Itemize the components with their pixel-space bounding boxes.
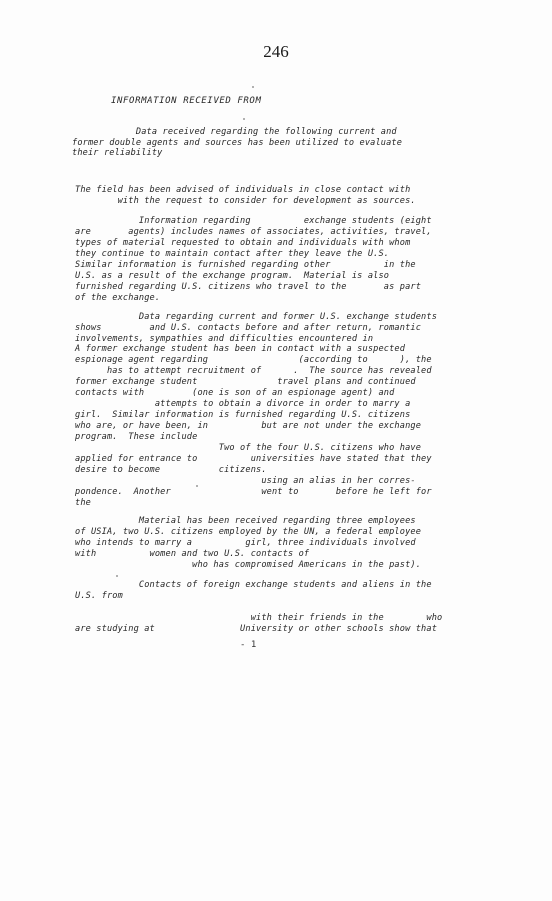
paragraph-4-line-12: program. These include xyxy=(75,432,197,443)
paragraph-3-line-3: types of material requested to obtain an… xyxy=(75,238,410,249)
paragraph-3-line-1: Information regarding exchange students … xyxy=(75,216,432,227)
paragraph-4-line-6: has to attempt recruitment of . The sour… xyxy=(75,366,432,377)
scan-speck xyxy=(196,485,198,487)
paragraph-2-line-1: The field has been advised of individual… xyxy=(75,185,410,196)
paragraph-1-line-3: their reliability xyxy=(72,148,163,159)
paragraph-6-line-5: are studying at University or other scho… xyxy=(75,624,437,635)
paragraph-1-line-1: Data received regarding the following cu… xyxy=(72,127,397,138)
paragraph-4-line-17: pondence. Another went to before he left… xyxy=(75,487,432,498)
paragraph-3-line-7: furnished regarding U.S. citizens who tr… xyxy=(75,282,421,293)
paragraph-5-line-3: who intends to marry a girl, three indiv… xyxy=(75,538,416,549)
paragraph-3-line-4: they continue to maintain contact after … xyxy=(75,249,389,260)
paragraph-5-line-4: with women and two U.S. contacts of xyxy=(75,549,309,560)
paragraph-4-line-1: Data regarding current and former U.S. e… xyxy=(75,312,437,323)
paragraph-4-line-8: contacts with (one is son of an espionag… xyxy=(75,388,394,399)
paragraph-4-line-18: the xyxy=(75,498,91,509)
paragraph-5-line-1: Material has been received regarding thr… xyxy=(75,516,416,527)
page-footer: - 1 xyxy=(240,640,256,650)
paragraph-4-line-16: using an alias in her corres- xyxy=(75,476,416,487)
paragraph-5-line-5: who has compromised Americans in the pas… xyxy=(75,560,421,571)
paragraph-4-line-13: Two of the four U.S. citizens who have xyxy=(75,443,421,454)
paragraph-4-line-14: applied for entrance to universities hav… xyxy=(75,454,432,465)
paragraph-4-line-15: desire to become citizens. xyxy=(75,465,267,476)
paragraph-3-line-8: of the exchange. xyxy=(75,293,160,304)
paragraph-2-line-2: with the request to consider for develop… xyxy=(75,196,416,207)
paragraph-4-line-9: attempts to obtain a divorce in order to… xyxy=(75,399,410,410)
paragraph-3-line-2: are agents) includes names of associates… xyxy=(75,227,432,238)
scan-speck xyxy=(252,86,254,88)
paragraph-5-line-2: of USIA, two U.S. citizens employed by t… xyxy=(75,527,421,538)
paragraph-4-line-4: A former exchange student has been in co… xyxy=(75,344,405,355)
paragraph-4-line-7: former exchange student travel plans and… xyxy=(75,377,416,388)
paragraph-4-line-2: shows and U.S. contacts before and after… xyxy=(75,323,421,334)
paragraph-6-line-4: with their friends in the who xyxy=(75,613,442,624)
paragraph-4-line-5: espionage agent regarding (according to … xyxy=(75,355,432,366)
paragraph-4-line-11: who are, or have been, in but are not un… xyxy=(75,421,421,432)
paragraph-3-line-5: Similar information is furnished regardi… xyxy=(75,260,416,271)
scan-speck xyxy=(243,118,245,120)
paragraph-6-line-1: Contacts of foreign exchange students an… xyxy=(75,580,432,591)
paragraph-3-line-6: U.S. as a result of the exchange program… xyxy=(75,271,389,282)
paragraph-6-line-2: U.S. from xyxy=(75,591,123,602)
page-number: 246 xyxy=(0,42,552,62)
scan-speck xyxy=(116,575,118,577)
document-page: 246 INFORMATION RECEIVED FROM Data recei… xyxy=(0,0,552,901)
paragraph-4-line-10: girl. Similar information is furnished r… xyxy=(75,410,410,421)
document-heading: INFORMATION RECEIVED FROM xyxy=(111,96,261,107)
